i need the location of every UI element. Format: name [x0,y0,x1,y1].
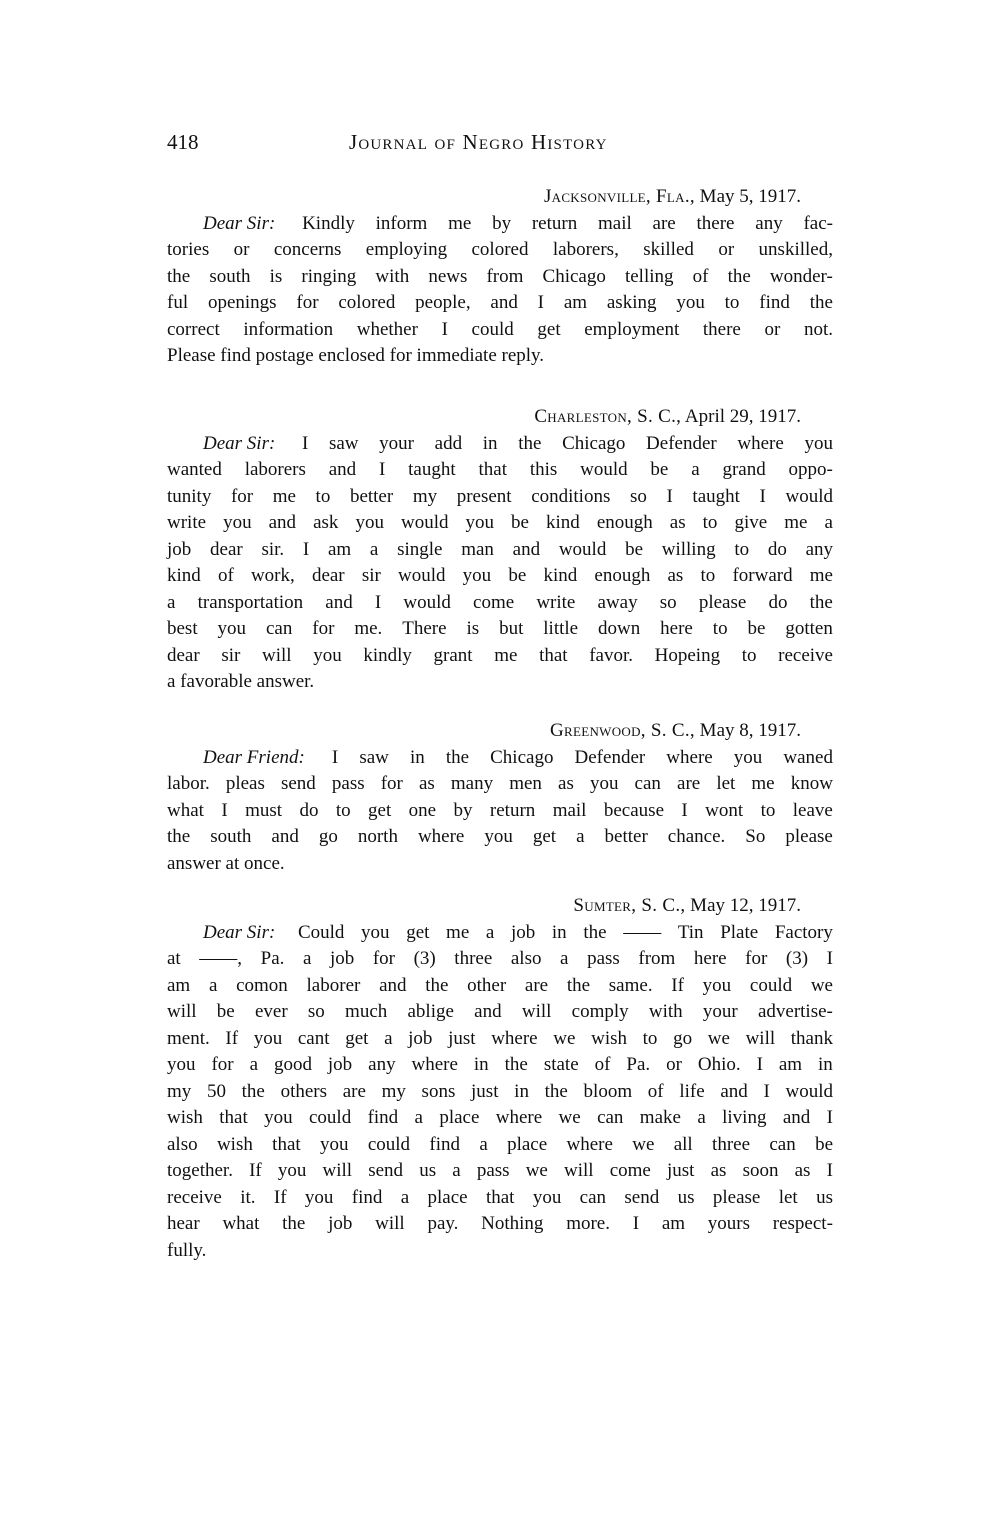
word: for [231,484,253,511]
word: of [595,1052,611,1079]
word: can [769,1132,795,1159]
word: will [262,643,292,670]
word: come [473,590,514,617]
word: write [536,590,575,617]
word: skilled [643,237,694,264]
word: I [827,946,833,973]
word: or [765,317,781,344]
word: I [827,1158,833,1185]
word: as [558,771,574,798]
word: enough [597,510,653,537]
word: me [273,484,296,511]
text-line: labor.pleassendpassforasmanymenasyoucana… [167,771,833,798]
word: Hopeing [655,643,720,670]
word: in [474,1052,489,1079]
word: down [598,616,640,643]
word: we [559,1105,581,1132]
word: could [750,973,792,1000]
word: place [428,1185,468,1212]
word: the [282,1211,305,1238]
word: to [742,643,757,670]
salutation: Dear Sir: [203,211,275,238]
word: will [522,999,552,1026]
word: leave [793,798,833,825]
word: pass [477,1158,510,1185]
word: the [446,745,469,772]
word: wanted [167,457,222,484]
word: can [597,1105,623,1132]
word: as [795,1158,811,1185]
word: you [703,973,732,1000]
dateline-place: Charleston, S. C., [534,406,681,427]
text-line: answer at once. [167,851,833,878]
text-line: a favorable answer. [167,669,833,696]
text-line: bestyoucanforme.Thereisbutlittledownhere… [167,616,833,643]
word: If [225,1026,238,1053]
word: and [329,457,356,484]
word: please [785,824,832,851]
word: ever [255,999,288,1026]
running-head: 418 Journal of Negro History [167,130,833,160]
word: a [250,1052,258,1079]
word: as [670,510,686,537]
word: correct [167,317,220,344]
word: Chicago [543,264,606,291]
word: be [508,563,526,590]
word: could [309,1105,351,1132]
word: would [785,1079,833,1106]
word: wonder- [770,264,833,291]
word: to [703,510,718,537]
word: in [410,745,425,772]
text-line: amacomonlaborerandtheotherarethesame.Ify… [167,973,833,1000]
word: could [472,317,514,344]
word: I [633,1211,639,1238]
dateline-place: Jacksonville, Fla., [544,186,695,207]
word: So [745,824,765,851]
word: the [167,824,190,851]
dateline-date: May 5, 1917. [700,186,801,207]
word: let [779,1185,798,1212]
word: make [640,1105,681,1132]
word: work, [251,563,295,590]
word: for [381,771,403,798]
text-line: together.Ifyouwillsendusapasswewillcomej… [167,1158,833,1185]
word: get [537,317,560,344]
word: will [323,1158,353,1185]
text-line: jobdearsir.Iamasinglemanandwouldbewillin… [167,537,833,564]
word: kind [543,563,577,590]
word: from [638,946,675,973]
word: in [483,431,498,458]
word: conditions [531,484,610,511]
word: add [435,431,462,458]
word: am [779,1052,802,1079]
word: my [167,1079,191,1106]
word: south [209,264,250,291]
word: me [751,771,774,798]
word: would [559,537,607,564]
word: wish [217,1132,253,1159]
word: also [511,946,542,973]
word: comon [236,973,288,1000]
word: you [278,1158,307,1185]
word: the [505,1052,528,1079]
word: you [734,745,763,772]
word: are [653,211,676,238]
word: just [448,1026,475,1053]
word: you [466,510,495,537]
word: respect- [773,1211,833,1238]
word: you [676,290,705,317]
text-line: youforagoodjobanywhereinthestateofPa.orO… [167,1052,833,1079]
word: where [412,1052,458,1079]
word: sir. [261,537,284,564]
word: a [479,1132,487,1159]
word: a [167,590,175,617]
word: please [713,1185,760,1212]
word: so [308,999,325,1026]
word: the [583,920,606,947]
dateline-date: April 29, 1917. [685,406,801,427]
word: ——, [199,946,242,973]
word: I [760,484,766,511]
word: you [355,510,384,537]
word: find [352,1185,383,1212]
dateline-date: May 8, 1917. [700,720,801,741]
word: let [716,771,735,798]
word: and [490,290,517,317]
word: much [345,999,387,1026]
word: good [274,1052,312,1079]
word: information [243,317,333,344]
word: employing [366,237,447,264]
word: your [703,999,738,1026]
word: pleas [226,771,265,798]
word: Pa. [626,1052,650,1079]
word: you [254,1026,283,1053]
word: Ohio. [698,1052,741,1079]
word: laborer [307,973,361,1000]
word: others [281,1079,327,1106]
word: that [478,457,507,484]
word: to [725,290,740,317]
word: comply [572,999,629,1026]
word: can [266,616,292,643]
word: do [768,590,787,617]
word: and [379,973,406,1000]
word: —— [623,920,661,947]
word: you [305,1185,334,1212]
word: do [768,537,787,564]
word: receive [778,643,833,670]
word: so [630,484,647,511]
word: a [401,1185,409,1212]
word: to [336,798,351,825]
word: I [681,798,687,825]
dateline-date: May 12, 1917. [690,895,801,916]
word: Nothing [481,1211,543,1238]
word: am [328,537,351,564]
word: I [666,484,672,511]
word: a [384,1026,392,1053]
word: yours [708,1211,750,1238]
word: get [406,920,429,947]
word: pay. [427,1211,458,1238]
word: life [679,1079,704,1106]
word: taught [408,457,456,484]
word: dear [167,643,200,670]
word: be [625,537,643,564]
word: what [222,1211,259,1238]
word: would [580,457,628,484]
word: could [368,1132,410,1159]
word: man [461,537,494,564]
dateline: Charleston, S. C., April 29, 1917. [167,404,833,431]
word: saw [359,745,389,772]
word: grant [434,643,473,670]
word: go [673,1026,692,1053]
word: north [358,824,398,851]
word: away [598,590,638,617]
word: this [530,457,557,484]
text-line: toriesorconcernsemployingcoloredlaborers… [167,237,833,264]
word: south [210,824,251,851]
word: there [697,211,735,238]
word: you [264,1105,293,1132]
word: taught [692,484,740,511]
word: get [368,798,391,825]
word: a [691,457,699,484]
word: me [810,563,833,590]
word: soon [743,1158,779,1185]
salutation: Dear Friend: [203,745,305,772]
word: are [525,973,548,1000]
word: other [467,973,506,1000]
word: the [810,590,833,617]
word: single [397,537,442,564]
word: a [560,946,568,973]
word: and [325,590,352,617]
word: or [234,237,250,264]
word: the [545,1079,568,1106]
word: from [486,264,523,291]
word: a [415,1105,423,1132]
text-line: alsowishthatyoucouldfindaplacewhereweall… [167,1132,833,1159]
word: receive [167,1185,222,1212]
line-text: answer at once. [167,851,285,878]
word: I [302,431,308,458]
word: If [671,973,684,1000]
word: I [538,290,544,317]
word: a [209,973,217,1000]
word: of [218,563,234,590]
word: me [784,510,807,537]
word: together. [167,1158,233,1185]
word: colored [338,290,395,317]
word: present [457,484,512,511]
word: place [439,1105,479,1132]
word: we [553,1026,575,1053]
word: tories [167,237,209,264]
word: my [382,1079,406,1106]
word: you [533,1185,562,1212]
word: Plate [720,920,758,947]
word: here [660,616,693,643]
word: to [701,563,716,590]
word: find [759,290,790,317]
word: with [649,999,683,1026]
word: us [419,1158,436,1185]
text-line: wantedlaborersandItaughtthatthiswouldbea… [167,457,833,484]
word: and [783,1105,810,1132]
text-line: my50theothersaremysonsjustinthebloomofli… [167,1079,833,1106]
word: fac- [803,211,833,238]
page-number: 418 [167,130,199,155]
word: so [660,590,677,617]
word: you [361,920,390,947]
word: just [471,1079,498,1106]
word: kindly [363,643,412,670]
word: where [737,431,783,458]
word: job [328,1211,352,1238]
word: get [533,824,556,851]
word: whether [357,317,418,344]
word: can [580,1185,606,1212]
word: job [328,1052,352,1079]
word: where [666,745,712,772]
word: us [816,1185,833,1212]
text-line: thesouthisringingwithnewsfromChicagotell… [167,264,833,291]
text-line: correctinformationwhetherIcouldgetemploy… [167,317,833,344]
dateline: Sumter, S. C., May 12, 1917. [167,893,833,920]
word: wish [167,1105,203,1132]
word: by [492,211,511,238]
dateline-place: Sumter, S. C., [573,895,685,916]
word: state [544,1052,579,1079]
line-text: fully. [167,1238,206,1265]
word: Chicago [562,431,625,458]
word: that [272,1132,301,1159]
word: do [299,798,318,825]
word: you [218,616,247,643]
word: waned [783,745,833,772]
word: and [474,999,501,1026]
word: more. [566,1211,610,1238]
word: Could [298,920,344,947]
word: am [564,290,587,317]
word: (3) [786,946,808,973]
word: oppo- [789,457,833,484]
word: must [245,798,282,825]
word: return [490,798,535,825]
word: I [221,798,227,825]
word: will [375,1211,405,1238]
word: dear [312,563,345,590]
word: send [368,1158,403,1185]
word: people, [415,290,470,317]
word: labor. [167,771,210,798]
word: to [734,537,749,564]
word: where [418,824,464,851]
journal-title: Journal of Negro History [349,130,608,155]
word: ablige [408,999,454,1026]
word: for [312,616,334,643]
word: will [564,1158,594,1185]
word: as [668,563,684,590]
word: me [446,920,469,947]
word: will [746,1026,776,1053]
word: living [722,1105,766,1132]
word: three [454,946,492,973]
word: Factory [775,920,833,947]
word: laborers [245,457,306,484]
text-line: ment.Ifyoucantgetajobjustwherewewishtogo… [167,1026,833,1053]
word: as [711,1158,727,1185]
text-line: kindofwork,dearsirwouldyoubekindenoughas… [167,563,833,590]
word: kind [546,510,580,537]
word: better [350,484,393,511]
word: in [552,920,567,947]
word: transportation [198,590,304,617]
word: I [827,1105,833,1132]
word: If [274,1185,287,1212]
word: a [303,946,311,973]
word: you [804,431,833,458]
word: a [824,510,832,537]
line-text: a favorable answer. [167,669,314,696]
word: same. [609,973,653,1000]
word: I [757,1052,763,1079]
word: kind [167,563,201,590]
word: a [576,824,584,851]
word: Defender [646,431,717,458]
word: is [466,616,479,643]
word: would [403,590,451,617]
word: what [167,798,204,825]
word: dear [210,537,243,564]
word: gotten [785,616,833,643]
word: place [507,1132,547,1159]
word: be [217,999,235,1026]
word: a [486,920,494,947]
word: would [398,563,446,590]
word: are [343,1079,366,1106]
word: bloom [584,1079,633,1106]
word: find [368,1105,399,1132]
word: can [635,771,661,798]
word: will [167,999,197,1026]
word: the [242,1079,265,1106]
word: advertise- [758,999,833,1026]
word: to [713,616,728,643]
word: am [167,973,190,1000]
word: find [429,1132,460,1159]
word: in [514,1079,529,1106]
word: be [511,510,529,537]
word: all [674,1132,693,1159]
word: sir [362,563,381,590]
word: a [452,1158,460,1185]
word: you [484,824,513,851]
word: that [219,1105,248,1132]
word: where [566,1132,612,1159]
word: you [167,1052,196,1079]
word: you [463,563,492,590]
word: you [590,771,619,798]
word: I [332,745,338,772]
word: return [532,211,577,238]
